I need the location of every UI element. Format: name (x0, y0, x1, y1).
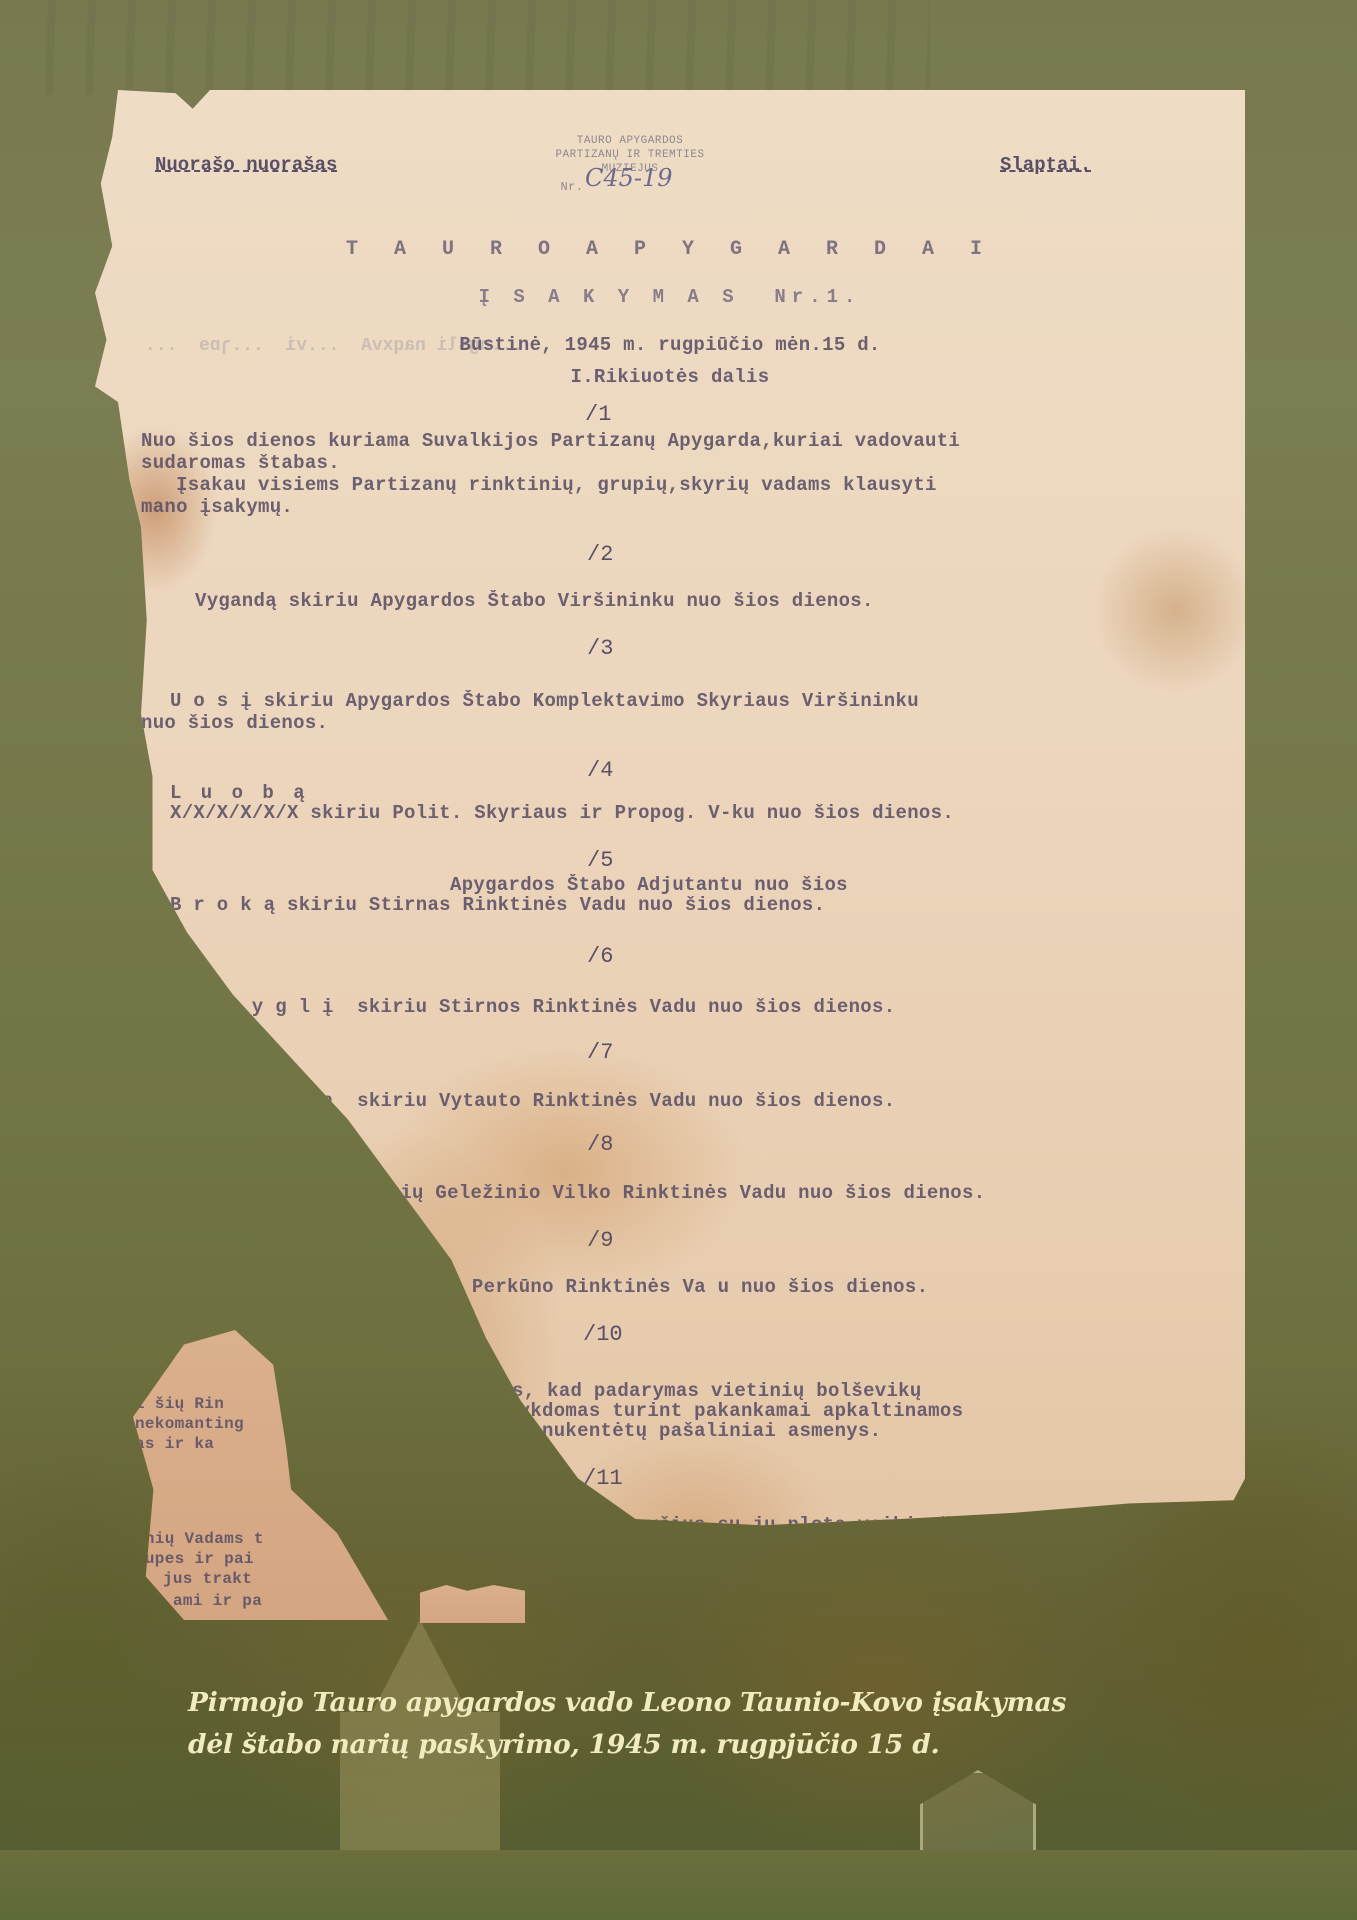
item-number: /10 (583, 1322, 623, 1347)
item-1-line-4: mano įsakymų. (141, 496, 293, 518)
item-number: /1 (585, 402, 611, 427)
item-number: /6 (587, 944, 613, 969)
fragment-line: i šių Rin (135, 1395, 224, 1413)
item-7-line-1: N e r y r ą skiriu Vytauto Rinktinės Vad… (205, 1090, 895, 1112)
section-heading: I.Rikiuotės dalis (95, 366, 1245, 388)
item-4-line-2: X/X/X/X/X/X skiriu Polit. Skyriaus ir Pr… (170, 802, 954, 824)
place-date: Būstinė, 1945 m. rugpiūčio mėn.15 d. (95, 334, 1245, 356)
item-number: /3 (587, 636, 613, 661)
fragment-line: rupes ir pai (135, 1550, 254, 1568)
item-number: /9 (587, 1228, 613, 1253)
torn-paper-fragment-small (420, 1585, 525, 1623)
item-6-line-1: Š t y g l į skiriu Stirnos Rinktinės Vad… (205, 996, 895, 1018)
document-title: T A U R O A P Y G A R D A I (95, 238, 1245, 261)
image-caption: Pirmojo Tauro apygardos vado Leono Tauni… (188, 1682, 1238, 1766)
stamp-line-1: TAURO APYGARDOS (550, 134, 710, 148)
item-1-line-3: Įsakau visiems Partizanų rinktinių, grup… (141, 474, 937, 496)
item-number: /8 (587, 1132, 613, 1157)
item-5-line-1: Apygardos Štabo Adjutantu nuo šios (450, 874, 848, 896)
item-3-line-1: U o s į skiriu Apygardos Štabo Komplekta… (170, 690, 919, 712)
background-ground (0, 1850, 1357, 1920)
item-number: /4 (587, 758, 613, 783)
item-8-line-1: ...ą skirių Geležinio Vilko Rinktinės Va… (295, 1182, 985, 1204)
fragment-line: ami ir pa (173, 1592, 262, 1610)
item-number: /2 (587, 542, 613, 567)
stamp-number-prefix: Nr. (557, 180, 587, 194)
fragment-line: jus trakt (163, 1570, 252, 1588)
caption-line-1: Pirmojo Tauro apygardos vado Leono Tauni… (188, 1682, 1238, 1724)
item-1-line-1: Nuo šios dienos kuriama Suvalkijos Parti… (141, 430, 960, 452)
stamp-line-2: PARTIZANŲ IR TREMTIES (540, 148, 720, 162)
item-9-line-1: ...riu Perkūno Rinktinės Va u nuo šios d… (390, 1276, 928, 1298)
background-texture (30, 0, 930, 95)
header-copy-label: Nuorašo nuorašas (155, 154, 337, 176)
item-1-line-2: sudaromas štabas. (141, 452, 340, 474)
item-number: /5 (587, 848, 613, 873)
fragment-line: nekomanting (135, 1415, 244, 1433)
fragment-line: as ir ka (135, 1435, 214, 1453)
caption-line-2: dėl štabo narių paskyrimo, 1945 m. rugpj… (188, 1724, 1238, 1766)
item-5-line-2: B r o k ą skiriu Stirnas Rinktinės Vadu … (170, 894, 825, 916)
header-secret-label: Slaptai. (1000, 154, 1091, 176)
stamp-handwritten-number: C45-19 (585, 164, 673, 192)
item-2-line-1: Vygandą skiriu Apygardos Štabo Viršinink… (195, 590, 874, 612)
item-number: /7 (587, 1040, 613, 1065)
item-3-line-2: nuo šios dienos. (141, 712, 328, 734)
item-4-line-1: L u o b ą (170, 782, 309, 804)
document-subtitle: Į S A K Y M A S Nr.1. (95, 286, 1245, 308)
fragment-line: inių Vadams t (135, 1530, 264, 1548)
